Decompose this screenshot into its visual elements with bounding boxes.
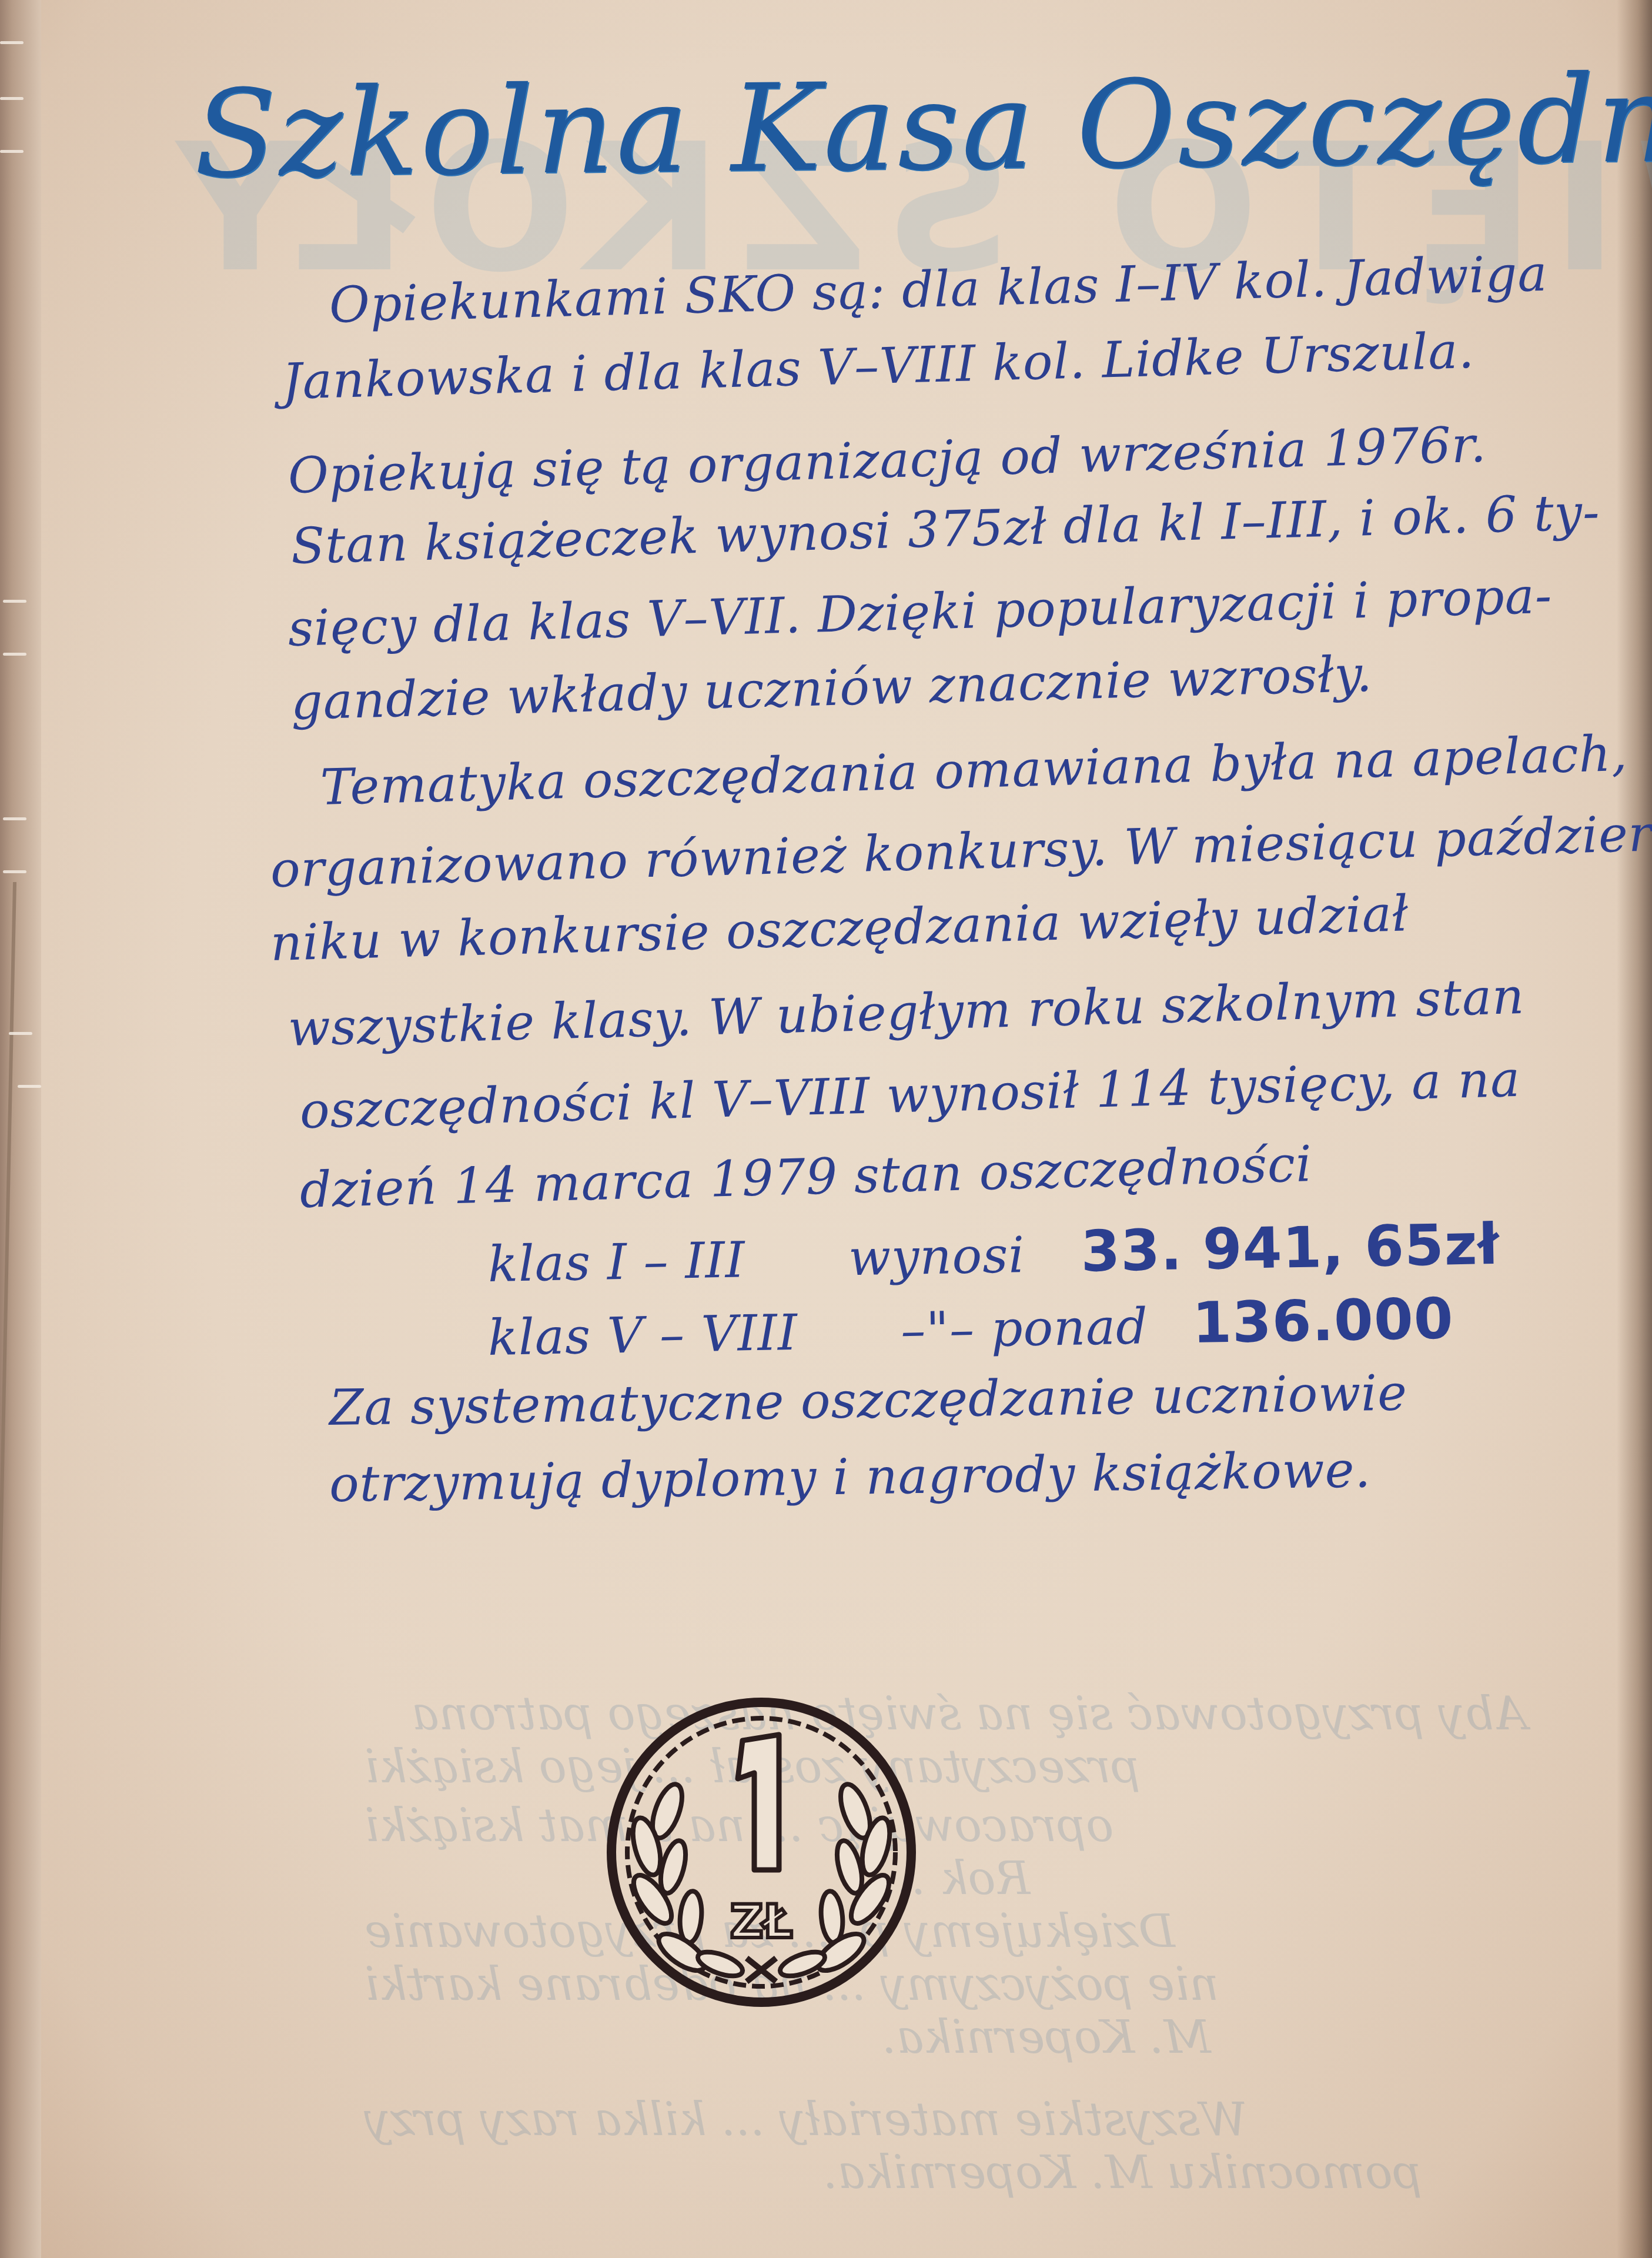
- balance-label: klas I – III: [487, 1231, 745, 1293]
- binding-edge: [0, 0, 41, 2258]
- text-line: oszczędności kl V–VIII wynosił 114 tysię…: [299, 1050, 1521, 1140]
- binding-stitch: [18, 1085, 41, 1088]
- binding-stitch: [0, 97, 24, 100]
- text-line: Jankowska i dla klas V–VIII kol. Lidke U…: [282, 322, 1476, 410]
- balance-amount: 136.000: [1192, 1285, 1454, 1356]
- binding-stitch: [0, 150, 24, 153]
- balance-row: klas I – III wynosi 33. 941, 65zł: [487, 1211, 1500, 1295]
- coin-currency: ZŁ: [730, 1896, 793, 1949]
- text-line: Tematyka oszczędzania omawiana była na a…: [320, 724, 1628, 816]
- binding-stitch: [3, 870, 26, 873]
- binding-stitch: [3, 600, 26, 603]
- bleed-through-line: pomocniku M. Kopernika.: [823, 2146, 1422, 2199]
- binding-stitch: [3, 817, 26, 820]
- page-title: Szkolna Kasa Oszczędności: [193, 47, 1652, 205]
- binding-stitch: [3, 653, 26, 656]
- text-line: dzień 14 marca 1979 stan oszczędności: [299, 1135, 1313, 1219]
- balance-verb: –"– ponad: [900, 1297, 1148, 1359]
- text-line: gandzie wkłady uczniów znacznie wzrosły.: [290, 645, 1373, 731]
- text-line: otrzymują dyplomy i nagrody książkowe.: [329, 1441, 1371, 1513]
- text-line: wszystkie klasy. W ubiegłym roku szkolny…: [287, 967, 1526, 1057]
- text-line: sięcy dla klas V–VII. Dzięki popularyzac…: [287, 567, 1553, 657]
- balance-row: klas V – VIII –"– ponad 136.000: [487, 1285, 1454, 1368]
- text-line: niku w konkursie oszczędzania wzięły udz…: [270, 884, 1410, 972]
- balance-verb: wynosi: [848, 1226, 1025, 1287]
- scanned-page: ŚWIĘTO SZKOŁY Aby przygotować się na świ…: [0, 0, 1652, 2258]
- text-line: organizowano również konkursy. W miesiąc…: [270, 804, 1652, 898]
- bleed-through-line: Wszystkie materiały ... kilka razy przy: [364, 2093, 1248, 2146]
- balance-label: klas V – VIII: [487, 1304, 798, 1367]
- page-right-edge: [1617, 0, 1652, 2258]
- binding-stitch: [0, 41, 24, 44]
- binding-stitch: [9, 1032, 32, 1035]
- text-line: Opiekunkami SKO są: dla klas I–IV kol. J…: [329, 245, 1549, 334]
- bleed-through-line: Aby przygotować się na święto naszego pa…: [412, 1688, 1527, 1741]
- balance-amount: 33. 941, 65zł: [1080, 1211, 1500, 1284]
- text-line: Za systematyczne oszczędzanie uczniowie: [329, 1364, 1407, 1437]
- one-zloty-coin-icon: ZŁ: [603, 1693, 920, 2011]
- bleed-through-line: M. Kopernika.: [882, 2011, 1211, 2064]
